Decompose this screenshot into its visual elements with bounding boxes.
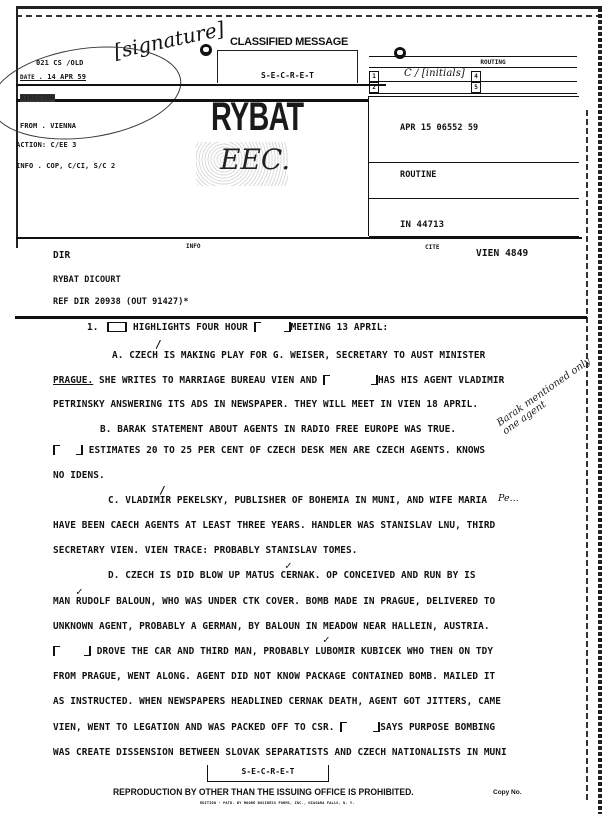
redaction-box (340, 722, 380, 732)
reference-line: REF DIR 20938 (OUT 91427)* (53, 297, 189, 307)
para-1-text: HIGHLIGHTS FOUR HOUR (133, 322, 248, 333)
checkmark-icon: ✓ (323, 633, 330, 646)
copy-number-label: Copy No. (493, 789, 522, 796)
checkmark-icon: / (159, 484, 166, 497)
body-line: MAN RUDOLF BALOUN, WHO WAS UNDER CTK COV… (53, 596, 495, 607)
body-line: WAS CREATE DISSENSION BETWEEN SLOVAK SEP… (53, 747, 507, 758)
para-number: 1. (87, 322, 99, 333)
body-line: SECRETARY VIEN. VIEN TRACE: PROBABLY STA… (53, 545, 357, 556)
cite-value: VIEN 4849 (476, 248, 528, 259)
body-line: B. BARAK STATEMENT ABOUT AGENTS IN RADIO… (100, 424, 456, 435)
form-circle-icon (200, 44, 212, 56)
routing-handwriting: C / [initials] (404, 68, 465, 79)
body-line: VIEN, WENT TO LEGATION AND WAS PACKED OF… (53, 722, 495, 733)
info-label: INFO (16, 162, 33, 170)
body-line: PETRINSKY ANSWERING ITS ADS IN NEWSPAPER… (53, 399, 478, 410)
reproduction-notice: REPRODUCTION BY OTHER THAN THE ISSUING O… (113, 787, 414, 797)
precedence: ROUTINE (400, 170, 437, 180)
body-text: SHE WRITES TO MARRIAGE BUREAU VIEN AND (93, 375, 317, 386)
body-text: ESTIMATES 20 TO 25 PER CENT OF CZECH DES… (89, 445, 485, 456)
dir-label: DIR (53, 250, 70, 261)
redaction-box (53, 646, 91, 656)
body-line: A. CZECH IS MAKING PLAY FOR G. WEISER, S… (112, 350, 485, 361)
received-datetime: APR 15 06552 59 (400, 123, 478, 133)
from-value: . VIENNA (42, 122, 77, 130)
body-line: ESTIMATES 20 TO 25 PER CENT OF CZECH DES… (53, 445, 485, 456)
routing-cell-2: 2 (369, 82, 379, 93)
address-rule (16, 237, 582, 239)
rybat-stamp: RYBAT (211, 95, 303, 140)
date-line: DATE . 14 APR 59 (20, 73, 86, 81)
para-1-heading: 1. HIGHLIGHTS FOUR HOUR MEETING 13 APRIL… (87, 322, 388, 333)
info-col-label: INFO (186, 243, 200, 250)
form-title: CLASSIFIED MESSAGE (230, 36, 348, 48)
body-text: VIEN, WENT TO LEGATION AND WAS PACKED OF… (53, 722, 334, 733)
margin-handwritten-note: Barak mentioned only one agent (496, 349, 610, 437)
body-line: PRAGUE. SHE WRITES TO MARRIAGE BUREAU VI… (53, 375, 504, 386)
redaction-box (107, 322, 127, 332)
header-rule-1 (16, 84, 386, 86)
body-text: PRAGUE. (53, 375, 93, 386)
body-text: DROVE THE CAR AND THIRD MAN, PROBABLY LU… (97, 646, 493, 657)
body-line: D. CZECH IS DID BLOW UP MATUS CERNAK. OP… (108, 570, 476, 581)
cite-label: CITE (425, 244, 439, 251)
message-slug: RYBAT DICOURT (53, 275, 121, 285)
body-line: FROM PRAGUE, WENT ALONG. AGENT DID NOT K… (53, 671, 495, 682)
right-inner-border (586, 110, 588, 800)
body-line: HAVE BEEN CAECH AGENTS AT LEAST THREE YE… (53, 520, 495, 531)
panel-rule (369, 162, 579, 163)
date-label: DATE (20, 74, 39, 81)
checkmark-icon: ✓ (285, 559, 292, 572)
classification-bottom: S-E-C-R-E-T (208, 767, 328, 776)
eec-handwritten-stamp: EEC. (220, 143, 290, 176)
to-line: DIRECTOR (20, 94, 55, 102)
message-info-panel (368, 96, 579, 236)
body-rule (15, 316, 587, 319)
body-line: UNKNOWN AGENT, PROBABLY A GERMAN, BY BAL… (53, 621, 490, 632)
body-text: SAYS PURPOSE BOMBING (380, 722, 495, 733)
classification-box: S-E-C-R-E-T (217, 50, 358, 83)
checkmark-icon: / (155, 338, 162, 351)
classification-top: S-E-C-R-E-T (218, 71, 357, 80)
routing-cell-5: 5 (471, 82, 481, 93)
action-line: ACTION: C/EE 3 (16, 141, 76, 149)
top-border (16, 6, 602, 17)
from-label: FROM (20, 122, 42, 130)
action-label: ACTION: (16, 141, 46, 149)
from-line: FROM . VIENNA (20, 122, 76, 130)
action-value: C/EE 3 (51, 141, 77, 149)
classified-message-document: [signature] 021 CS /OLD DATE . 14 APR 59… (0, 0, 615, 814)
body-line: NO IDENS. (53, 470, 105, 481)
printer-imprint: EDITION - PATD. BY MOORE BUSINESS FORMS,… (200, 801, 355, 805)
checkmark-icon: ✓ (76, 585, 83, 598)
body-line: DROVE THE CAR AND THIRD MAN, PROBABLY LU… (53, 646, 493, 657)
body-text: HAS HIS AGENT VLADIMIR (378, 375, 504, 386)
in-number: IN 44713 (400, 220, 444, 230)
redaction-box (323, 375, 378, 385)
panel-rule (369, 96, 579, 97)
from-code: 021 CS /OLD (36, 59, 83, 67)
body-line: AS INSTRUCTED. WHEN NEWSPAPERS HEADLINED… (53, 696, 501, 707)
panel-rule (369, 198, 579, 199)
header-rule-2 (16, 99, 368, 102)
info-line: INFO . COP, C/CI, S/C 2 (16, 162, 115, 170)
routing-row-rule (369, 93, 577, 94)
date-value: . 14 APR 59 (39, 73, 86, 81)
info-value: . COP, C/CI, S/C 2 (38, 162, 116, 170)
right-border (598, 8, 602, 814)
classification-footer-box: S-E-C-R-E-T (207, 765, 329, 782)
routing-row-rule (369, 81, 577, 82)
handwritten-annotation: Pe... (498, 493, 519, 504)
redaction-box (53, 445, 83, 455)
routing-label: ROUTING (369, 56, 577, 68)
redaction-box (254, 322, 291, 332)
para-1-tail: MEETING 13 APRIL: (291, 322, 389, 333)
